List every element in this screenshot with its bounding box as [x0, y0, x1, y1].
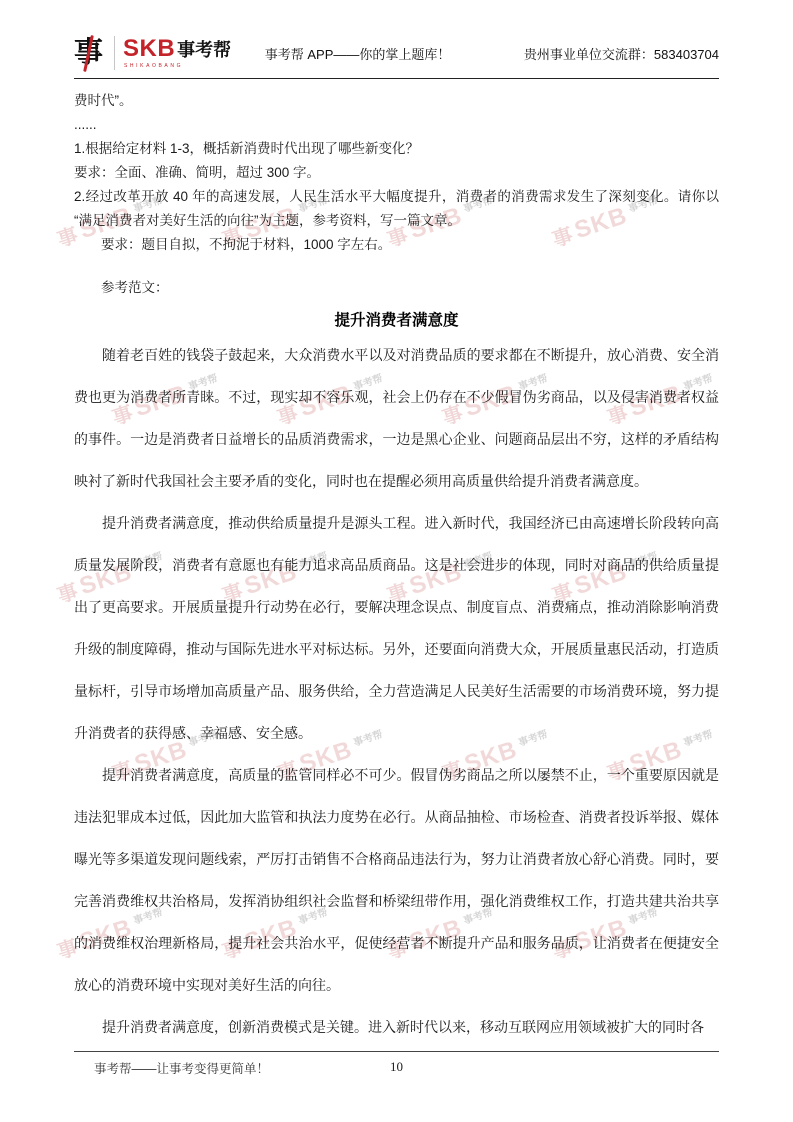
- logo-brand: SKB: [123, 37, 175, 61]
- logo-text: SKB 事考帮 SHIKAOBANG: [123, 37, 231, 69]
- header-slogan: 事考帮 APP——你的掌上题库！: [265, 44, 451, 63]
- logo-tagline-letters: SHIKAOBANG: [124, 64, 231, 69]
- essay-title: 提升消费者满意度: [74, 309, 719, 333]
- question-1-requirements: 要求：全面、准确、简明，超过 300 字。: [74, 161, 719, 185]
- document-body: 费时代”。 ...... 1.根据给定材料 1-3，概括新消费时代出现了哪些新变…: [74, 89, 719, 1048]
- question-1: 1.根据给定材料 1-3，概括新消费时代出现了哪些新变化？: [74, 137, 719, 161]
- skb-logo: 事 SKB 事考帮 SHIKAOBANG: [74, 36, 231, 70]
- logo-brand-row: SKB 事考帮: [123, 37, 231, 61]
- skb-logo-mark-icon: 事: [74, 37, 104, 69]
- carryover-text-line: 费时代”。: [74, 89, 719, 113]
- essay-paragraph: 随着老百姓的钱袋子鼓起来，大众消费水平以及对消费品质的要求都在不断提升，放心消费…: [74, 334, 719, 502]
- page-header: 事 SKB 事考帮 SHIKAOBANG 事考帮 APP——你的掌上题库！ 贵州…: [74, 28, 719, 79]
- logo-divider: [114, 36, 115, 70]
- question-2-requirements: 要求：题目自拟，不拘泥于材料，1000 字左右。: [74, 233, 719, 257]
- logo-brand-suffix: 事考帮: [177, 41, 231, 59]
- ellipsis-line: ......: [74, 113, 719, 137]
- essay-paragraph: 提升消费者满意度，高质量的监管同样必不可少。假冒伪劣商品之所以屡禁不止，一个重要…: [74, 754, 719, 1006]
- question-2: 2.经过改革开放 40 年的高速发展，人民生活水平大幅度提升，消费者的消费需求发…: [74, 185, 719, 233]
- page-footer: 事考帮——让事考变得更简单！ 10: [74, 1051, 719, 1077]
- page-number: 10: [74, 1059, 719, 1075]
- reference-essay-label: 参考范文：: [74, 276, 719, 300]
- header-group-info: 贵州事业单位交流群：583403704: [524, 44, 719, 63]
- essay-paragraph: 提升消费者满意度，创新消费模式是关键。进入新时代以来，移动互联网应用领域被扩大的…: [74, 1006, 719, 1048]
- essay-paragraph: 提升消费者满意度，推动供给质量提升是源头工程。进入新时代，我国经济已由高速增长阶…: [74, 502, 719, 754]
- document-page: 事SKB事考帮事SKB事考帮事SKB事考帮事SKB事考帮事SKB事考帮事SKB事…: [0, 0, 793, 1122]
